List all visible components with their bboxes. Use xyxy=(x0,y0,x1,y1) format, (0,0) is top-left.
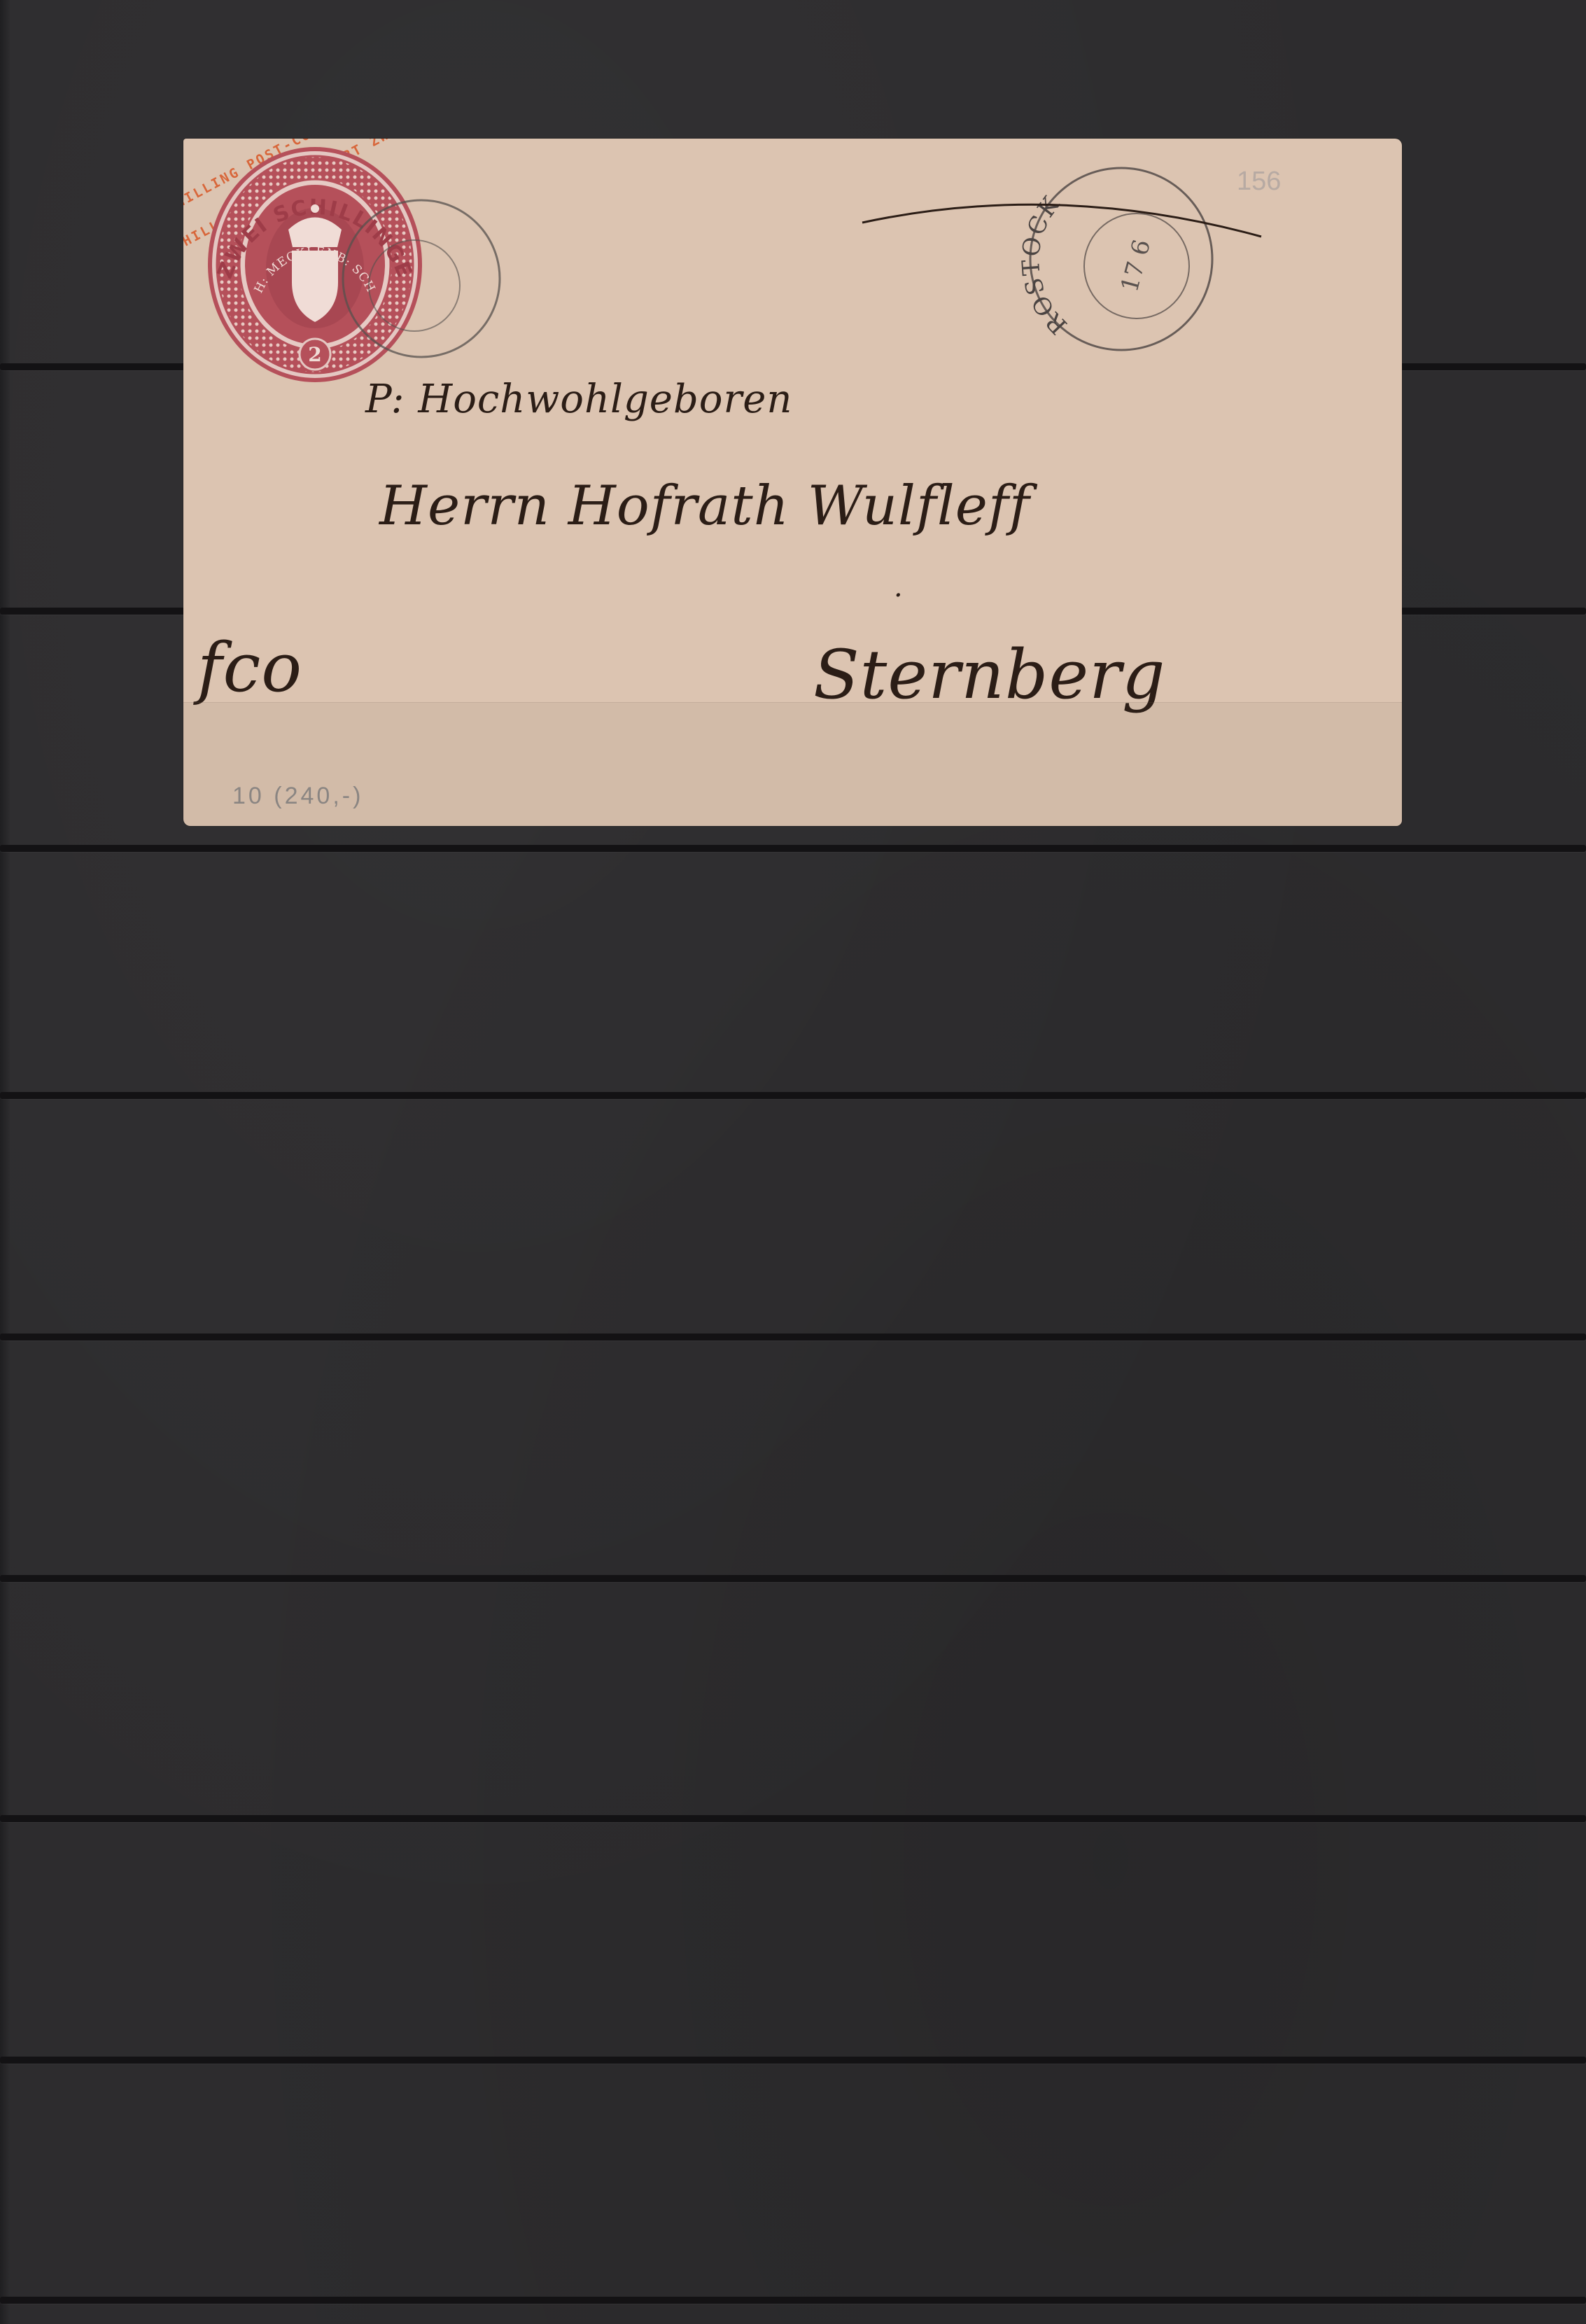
svg-text:ROSTOCK: ROSTOCK xyxy=(1017,190,1073,339)
indicium-stamp: ZWEI SCHILLINGE GROSSH: MECKLENB: SCHWER… xyxy=(183,139,420,380)
address-line-1: P: Hochwohlgeboren xyxy=(365,377,792,422)
franking-note: fco xyxy=(197,629,302,707)
strip-line xyxy=(0,1333,1586,1340)
svg-text:17 6: 17 6 xyxy=(1116,237,1156,295)
strip-line xyxy=(0,845,1586,852)
rostock-postmark: ROSTOCK 17 6 xyxy=(1017,168,1212,350)
strip-line xyxy=(0,1092,1586,1099)
address-separator-dot: · xyxy=(894,580,904,612)
envelope: SCHILLING POST-COUVERT ZWEI S SCHILLING … xyxy=(183,139,1402,826)
stock-strip-overlay xyxy=(183,702,1402,826)
strip-line xyxy=(0,1575,1586,1582)
strip-line xyxy=(0,2057,1586,2064)
address-line-2: Herrn Hofrath Wulfleff xyxy=(379,475,1030,538)
pencil-note-top-right: 156 xyxy=(1237,167,1281,197)
stock-page-edge xyxy=(0,0,10,2324)
svg-text:2: 2 xyxy=(308,343,321,366)
strip-line xyxy=(0,1815,1586,1822)
strip-line xyxy=(0,2297,1586,2304)
